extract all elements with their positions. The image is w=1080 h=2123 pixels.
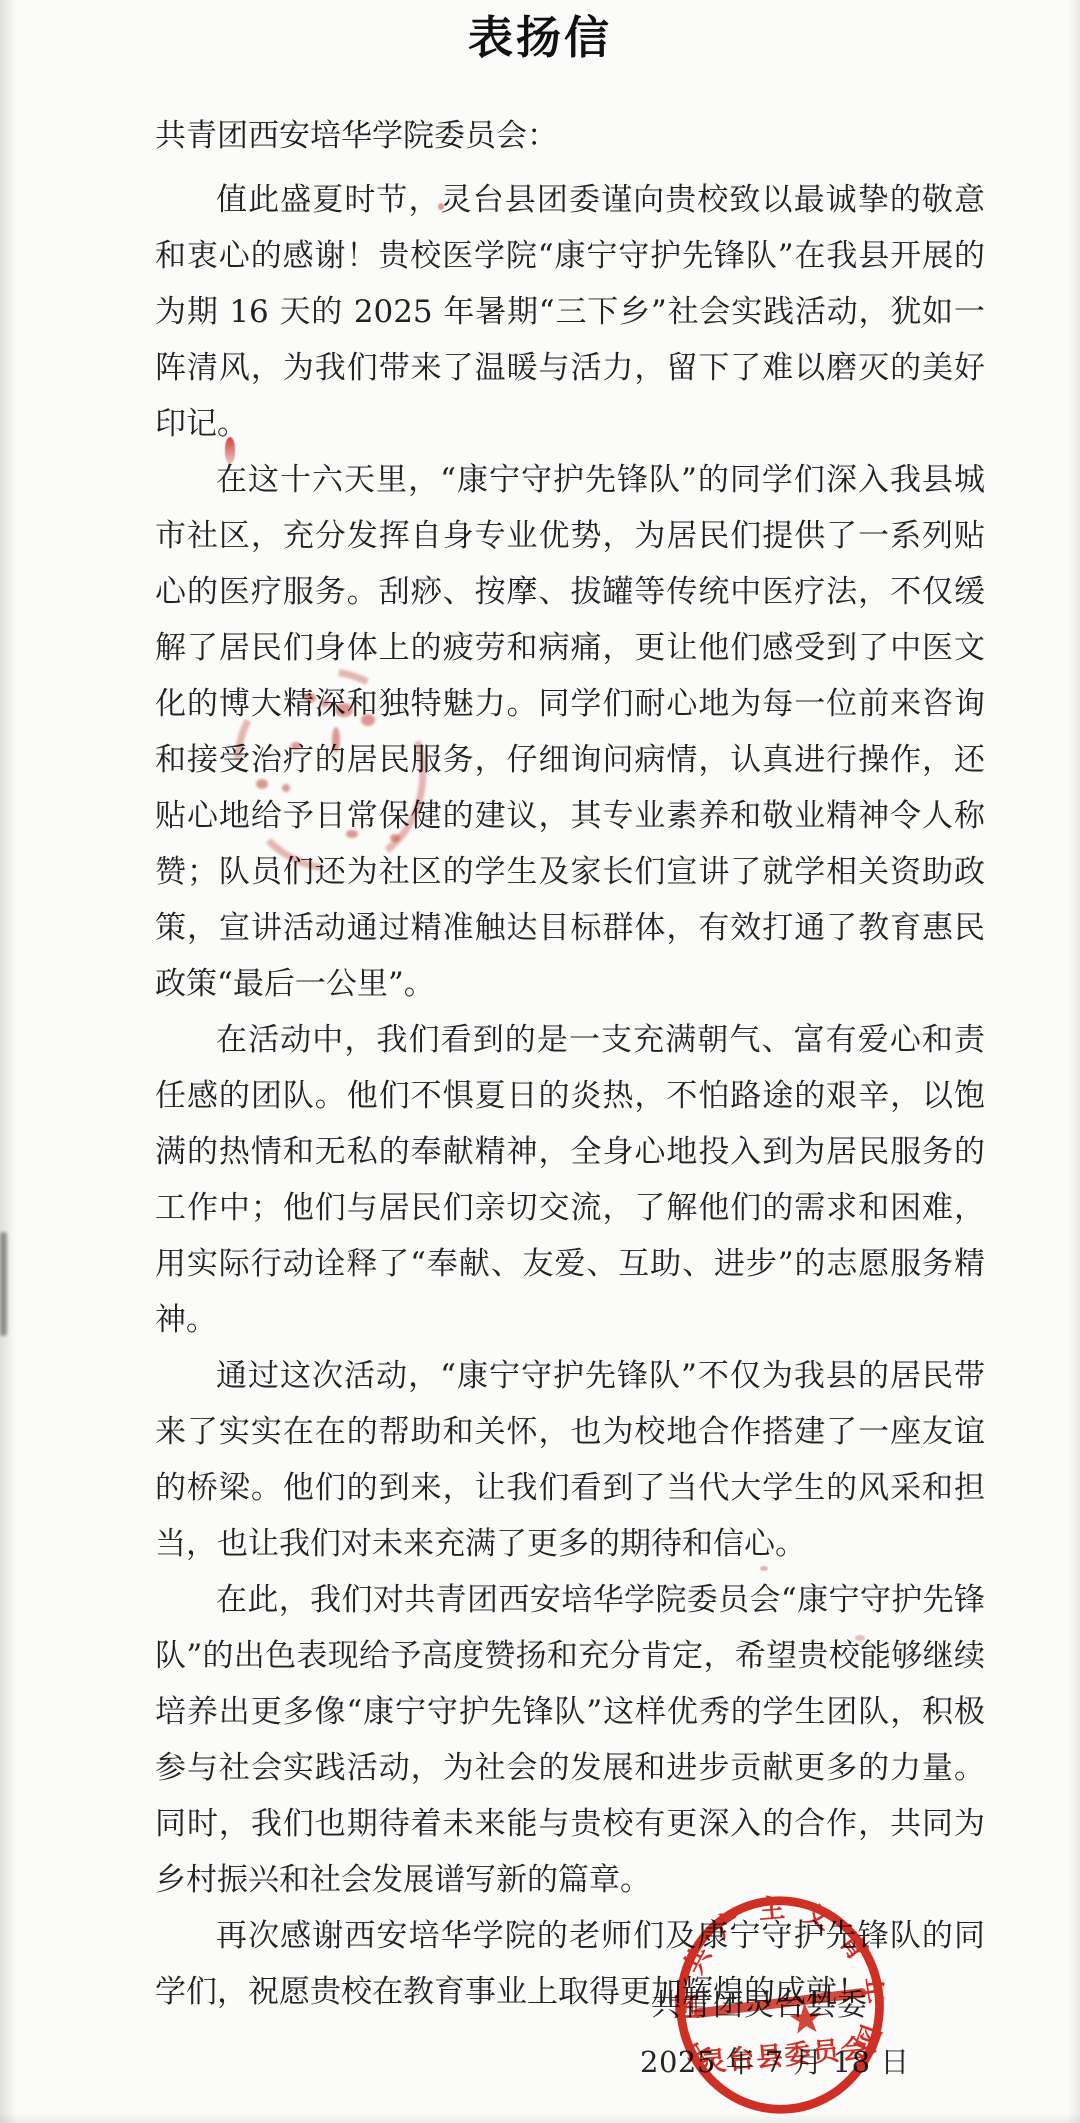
letter-body: 共青团西安培华学院委员会： 值此盛夏时节，灵台县团委谨向贵校致以最诚挚的敬意和衷… xyxy=(155,0,985,2020)
ghost-stamp-smudges xyxy=(256,693,400,842)
salutation: 共青团西安培华学院委员会： xyxy=(155,108,985,164)
paragraph: 在此，我们对共青团西安培华学院委员会“康宁守护先锋队”的出色表现给予高度赞扬和充… xyxy=(155,1572,985,1908)
paragraph: 在活动中，我们看到的是一支充满朝气、富有爱心和责任感的团队。他们不惧夏日的炎热，… xyxy=(155,1012,985,1348)
paragraph: 通过这次活动，“康宁守护先锋队”不仅为我县的居民带来了实实在在的帮助和关怀，也为… xyxy=(155,1348,985,1572)
scan-edge-smudge xyxy=(0,1232,7,1336)
ghost-stamp-ring xyxy=(230,663,442,885)
scan-edge-shadow-left xyxy=(0,0,16,2123)
red-ink-speck xyxy=(760,1566,768,1571)
seal-center-text: 灵台县委员会 xyxy=(699,2033,871,2079)
paragraph: 值此盛夏时节，灵台县团委谨向贵校致以最诚挚的敬意和衷心的感谢！贵校医学院“康宁守… xyxy=(155,172,985,452)
ghost-stamp-mark xyxy=(230,663,442,885)
official-seal: 中国共产主义青年团 灵台县委员会 xyxy=(663,1888,897,2122)
red-ink-speck xyxy=(855,1635,865,1641)
scan-edge-shadow-right xyxy=(1068,0,1080,2123)
seal-banner-bar xyxy=(693,1988,866,2019)
seal-group: 中国共产主义青年团 灵台县委员会 xyxy=(663,1888,897,2118)
letter-page: 表扬信 共青团西安培华学院委员会： 值此盛夏时节，灵台县团委谨向贵校致以最诚挚的… xyxy=(0,0,1080,2123)
red-ink-drip xyxy=(225,437,235,464)
seal-star-icon xyxy=(789,2001,823,2034)
red-ink-speck xyxy=(438,203,444,210)
seal-ring-char: 主 xyxy=(757,1893,786,1926)
scan-edge-shadow-bottom xyxy=(0,2113,1080,2123)
